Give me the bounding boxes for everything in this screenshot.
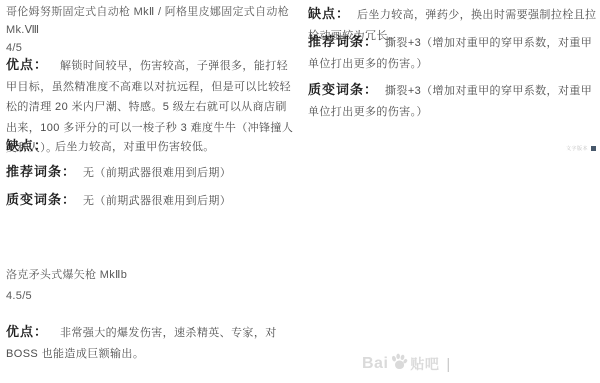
weapon2-transcendent: 质变词条：撕裂+3（增加对重甲的穿甲系数，对重甲单位打出更多的伤害。） [308, 80, 598, 122]
baidu-tieba-watermark: Bai 贴吧 | [362, 352, 451, 376]
pros-label: 优点： [6, 324, 48, 339]
side-note-text: 文字版本 [566, 146, 588, 152]
baidu-paw-icon [389, 352, 409, 372]
document-page: 哥伦姆努斯固定式自动枪 MkⅡ / 阿格里皮娜固定式自动枪 Mk.Ⅷ 4/5 优… [0, 0, 600, 383]
weapon1-title: 哥伦姆努斯固定式自动枪 MkⅡ / 阿格里皮娜固定式自动枪 Mk.Ⅷ [6, 3, 294, 39]
transcendent-label: 质变词条： [6, 192, 76, 207]
cons-text: 后坐力较高，对重甲伤害较低。 [55, 141, 215, 153]
recommended-label: 推荐词条： [308, 34, 378, 49]
weapon2-recommended: 推荐词条：撕裂+3（增加对重甲的穿甲系数，对重甲单位打出更多的伤害。） [308, 32, 598, 74]
weapon1-recommended: 推荐词条：无（前期武器很难用到后期） [6, 162, 294, 184]
weapon2-title: 洛克矛头式爆矢枪 MkⅡb [6, 265, 294, 286]
transcendent-label: 质变词条： [308, 82, 378, 97]
watermark-brand-text: Bai [362, 355, 388, 373]
watermark-suffix-text: 贴吧 [410, 354, 439, 374]
pros-label: 优点： [6, 57, 48, 72]
weapon1-header: 哥伦姆努斯固定式自动枪 MkⅡ / 阿格里皮娜固定式自动枪 Mk.Ⅷ 4/5 [6, 3, 294, 57]
side-note-marker-icon [591, 146, 596, 151]
cons-label: 缺点： [6, 138, 48, 153]
weapon1-transcendent: 质变词条：无（前期武器很难用到后期） [6, 190, 294, 212]
weapon1-cons: 缺点：后坐力较高，对重甲伤害较低。 [6, 136, 294, 158]
transcendent-text: 无（前期武器很难用到后期） [83, 195, 231, 207]
recommended-label: 推荐词条： [6, 164, 76, 179]
tiny-side-note: 文字版本 [566, 145, 596, 152]
cons-label: 缺点： [308, 6, 350, 21]
weapon2-rating: 4.5/5 [6, 286, 294, 307]
weapon2-pros: 优点：非常强大的爆发伤害，速杀精英、专家，对 BOSS 也能造成巨额输出。 [6, 322, 294, 364]
recommended-text: 无（前期武器很难用到后期） [83, 167, 231, 179]
watermark-bar: | [446, 356, 450, 373]
weapon2-header: 洛克矛头式爆矢枪 MkⅡb 4.5/5 [6, 265, 294, 307]
